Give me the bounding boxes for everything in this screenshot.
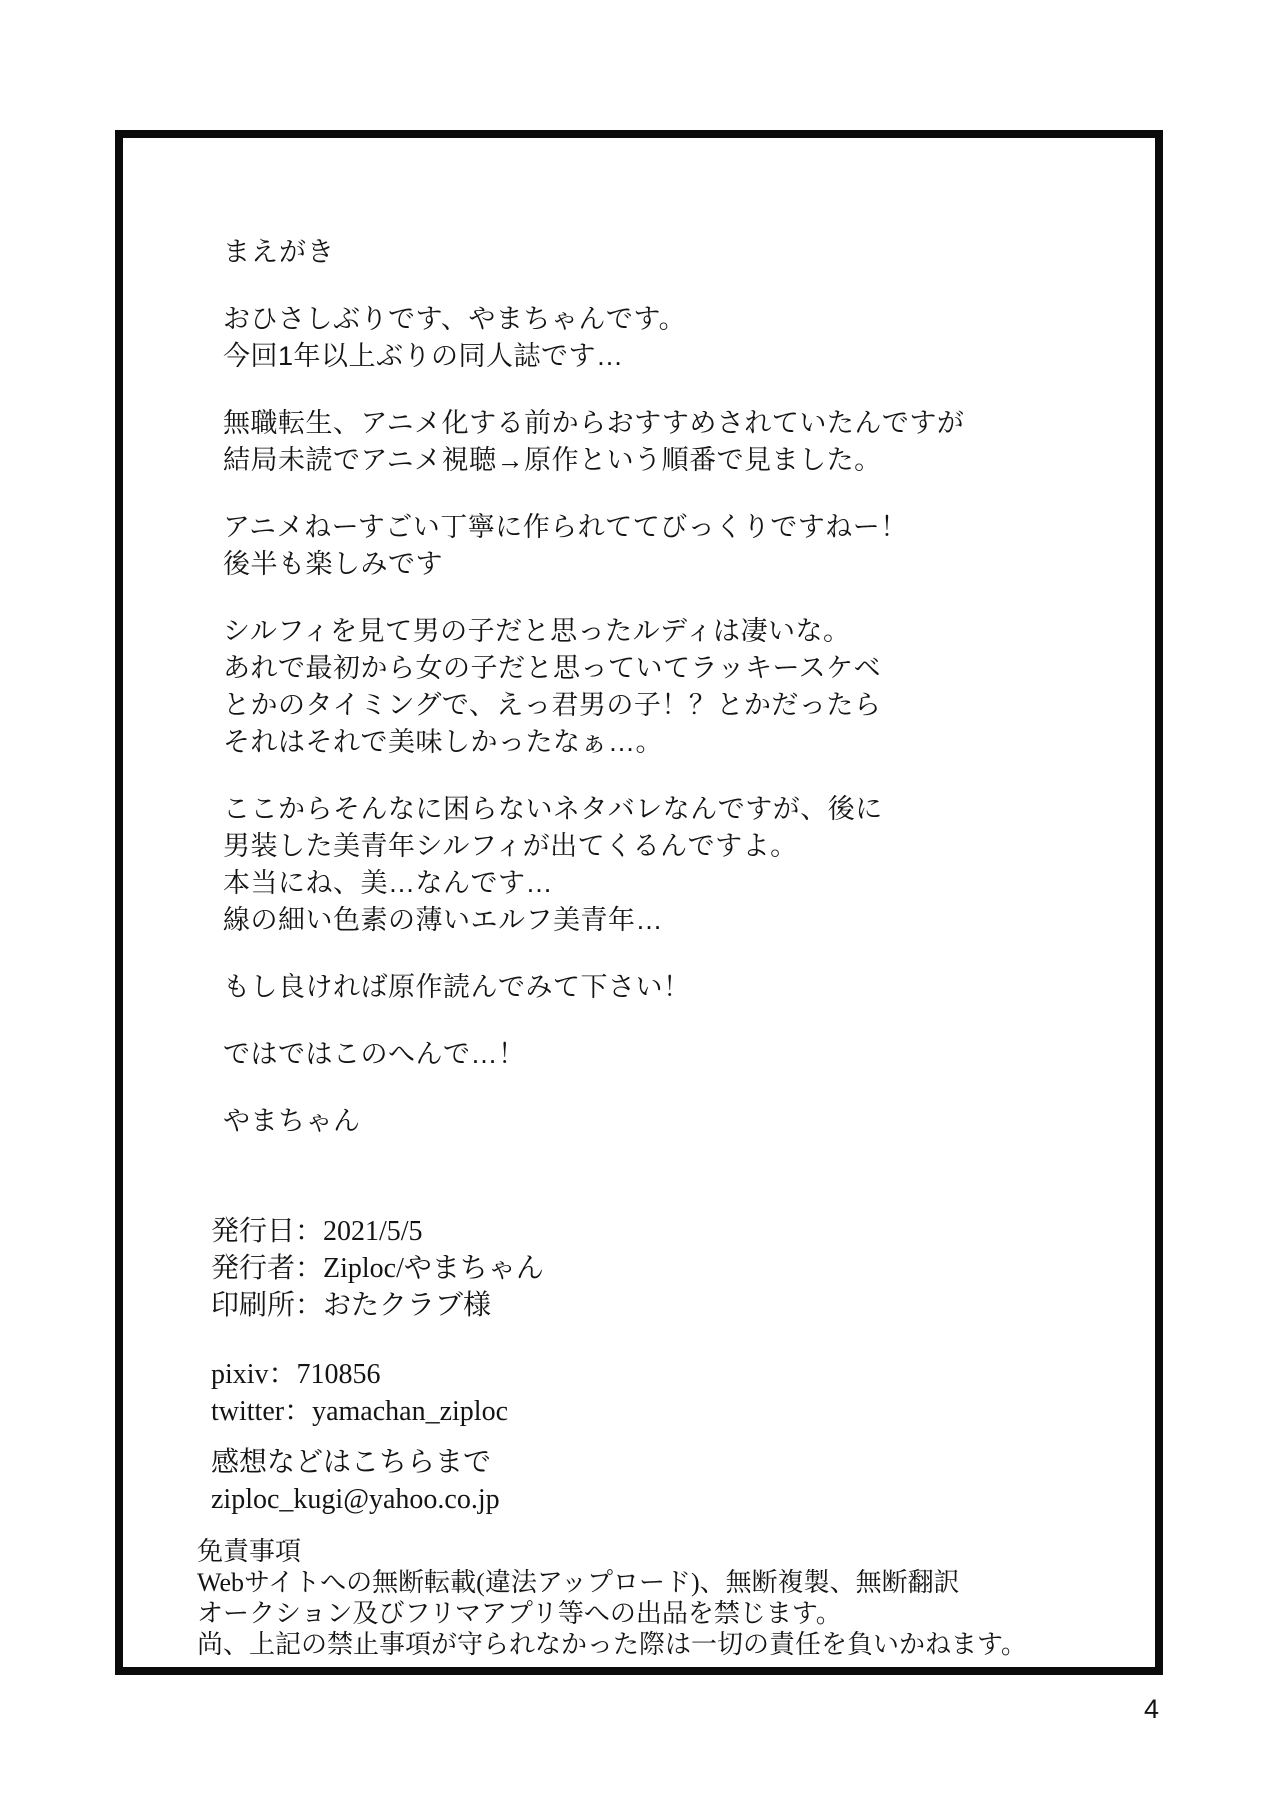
- colophon-contact: 感想などはこちらまで ziploc_kugi@yahoo.co.jp: [211, 1444, 1115, 1518]
- pixiv-id: pixiv：710856: [211, 1359, 381, 1390]
- preface-paragraph-closing: ではではこのへんで…！: [223, 1036, 1115, 1073]
- preface-line: 線の細い色素の薄いエルフ美青年…: [223, 905, 663, 935]
- publisher: 発行者：Ziploc/やまちゃん: [211, 1253, 544, 1284]
- preface-paragraph-sylphie-comment: シルフィを見て男の子だと思ったルディは凄いな。 あれで最初から女の子だと思ってい…: [223, 613, 1115, 761]
- preface-paragraph-spoiler: ここからそんなに困らないネタバレなんですが、後に 男装した美青年シルフィが出てく…: [223, 791, 1115, 939]
- page-border-frame: まえがき おひさしぶりです、やまちゃんです。 今回1年以上ぶりの同人誌です… 無…: [115, 130, 1163, 1675]
- preface-line: ではではこのへんで…！: [223, 1039, 526, 1069]
- disclaimer-line: Webサイトへの無断転載(違法アップロード)、無断複製、無断翻訳: [197, 1568, 960, 1597]
- disclaimer-line: 尚、上記の禁止事項が守られなかった際は一切の責任を負いかねます。: [197, 1630, 1027, 1659]
- contact-note: 感想などはこちらまで: [211, 1447, 491, 1478]
- colophon-publication-info: 発行日：2021/5/5 発行者：Ziploc/やまちゃん 印刷所：おたクラブ様: [211, 1213, 1115, 1324]
- preface-paragraph-greeting: おひさしぶりです、やまちゃんです。 今回1年以上ぶりの同人誌です…: [223, 301, 1115, 375]
- preface-line: とかのタイミングで、えっ君男の子！？とかだったら: [223, 690, 881, 720]
- preface-line: やまちゃん: [223, 1106, 361, 1136]
- disclaimer-line: オークション及びフリマアプリ等への出品を禁じます。: [197, 1599, 842, 1628]
- colophon-accounts: pixiv：710856 twitter：yamachan_ziploc: [211, 1356, 1115, 1430]
- preface-signature: やまちゃん: [223, 1103, 1115, 1140]
- preface-heading: まえがき: [223, 234, 1115, 271]
- preface-line: もし良ければ原作読んでみて下さい！: [223, 972, 691, 1002]
- preface-line: 本当にね、美…なんです…: [223, 868, 553, 898]
- colophon-disclaimer: 免責事項 Webサイトへの無断転載(違法アップロード)、無断複製、無断翻訳 オー…: [197, 1536, 1115, 1660]
- disclaimer-heading: 免責事項: [197, 1537, 301, 1566]
- preface-paragraph-series-intro: 無職転生、アニメ化する前からおすすめされていたんですが 結局未読でアニメ視聴→原…: [223, 405, 1115, 479]
- preface-line: 結局未読でアニメ視聴→原作という順番で見ました。: [223, 445, 882, 475]
- preface-line: 無職転生、アニメ化する前からおすすめされていたんですが: [223, 408, 964, 438]
- preface-paragraph-anime-impression: アニメねーすごい丁寧に作られててびっくりですねー！ 後半も楽しみです: [223, 509, 1115, 583]
- preface-paragraph-recommendation: もし良ければ原作読んでみて下さい！: [223, 969, 1115, 1006]
- preface-line: 男装した美青年シルフィが出てくるんですよ。: [223, 831, 798, 861]
- preface-line: あれで最初から女の子だと思っていてラッキースケベ: [223, 653, 881, 683]
- publication-date: 発行日：2021/5/5: [211, 1216, 423, 1247]
- twitter-id: twitter：yamachan_ziploc: [211, 1396, 508, 1427]
- page-number: 4: [1144, 1694, 1159, 1724]
- page-content: まえがき おひさしぶりです、やまちゃんです。 今回1年以上ぶりの同人誌です… 無…: [123, 138, 1155, 1660]
- contact-email: ziploc_kugi@yahoo.co.jp: [211, 1484, 500, 1515]
- preface-line: ここからそんなに困らないネタバレなんですが、後に: [223, 794, 883, 824]
- preface-line: それはそれで美味しかったなぁ…。: [223, 727, 663, 757]
- printer: 印刷所：おたクラブ様: [211, 1290, 491, 1321]
- preface-line: 後半も楽しみです: [223, 549, 443, 579]
- preface-line: 今回1年以上ぶりの同人誌です…: [223, 341, 624, 371]
- preface-line: シルフィを見て男の子だと思ったルディは凄いな。: [223, 616, 851, 646]
- preface-line: おひさしぶりです、やまちゃんです。: [223, 304, 686, 334]
- preface-line: アニメねーすごい丁寧に作られててびっくりですねー！: [223, 512, 908, 542]
